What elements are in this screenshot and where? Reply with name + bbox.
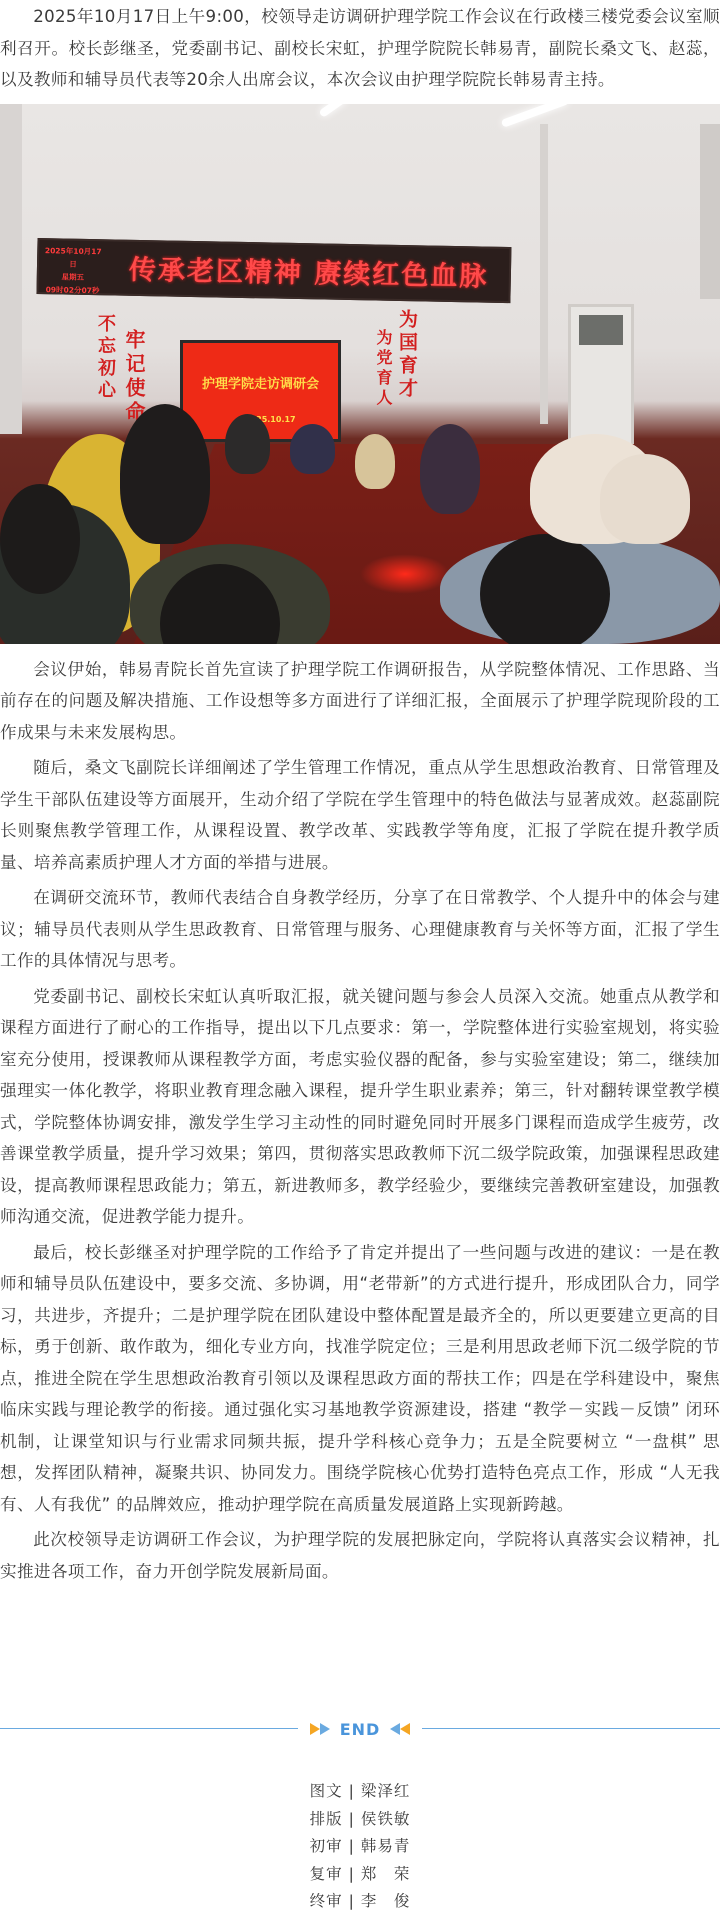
divider-line-right xyxy=(422,1728,720,1729)
arrow-right-icon xyxy=(310,1723,320,1735)
led-datetime: 2025年10月17日 星期五 09时02分07秒 xyxy=(42,244,103,297)
led-time: 09时02分07秒 xyxy=(42,283,102,297)
credit-name: 李 俊 xyxy=(361,1892,411,1910)
end-marker: END xyxy=(302,1716,418,1742)
credit-row-writer: 图文|梁泽红 xyxy=(0,1778,720,1806)
attendee xyxy=(0,484,80,594)
wall-slogan-right-1: 为党育人 xyxy=(372,329,395,409)
credit-role: 复审 xyxy=(310,1865,343,1883)
attendee xyxy=(600,454,690,544)
attendee xyxy=(290,424,335,474)
arrow-left-icon xyxy=(400,1723,410,1735)
ceiling-light xyxy=(318,104,347,118)
credit-role: 图文 xyxy=(310,1782,343,1800)
divider-line-left xyxy=(0,1728,298,1729)
wall-pipe xyxy=(540,124,548,424)
led-date: 2025年10月17日 xyxy=(43,244,103,271)
credit-row-second-review: 复审|郑 荣 xyxy=(0,1861,720,1889)
paragraph-song-hong: 党委副书记、副校长宋虹认真听取汇报，就关键问题与参会人员深入交流。她重点从教学和… xyxy=(0,981,720,1233)
credit-role: 初审 xyxy=(310,1837,343,1855)
credit-row-layout: 排版|侯铁敏 xyxy=(0,1806,720,1834)
credit-separator: | xyxy=(349,1806,355,1834)
wall-slogan-left-1: 不忘初心 xyxy=(92,314,118,402)
credit-row-first-review: 初审|韩易青 xyxy=(0,1833,720,1861)
credit-role: 终审 xyxy=(310,1892,343,1910)
credit-name: 梁泽红 xyxy=(361,1782,411,1800)
door-window xyxy=(579,315,623,345)
paragraph-opening: 会议伊始，韩易青院长首先宣读了护理学院工作调研报告，从学院整体情况、工作思路、当… xyxy=(0,654,720,749)
credit-separator: | xyxy=(349,1861,355,1889)
paragraph-intro: 2025年10月17日上午9:00，校领导走访调研护理学院工作会议在行政楼三楼党… xyxy=(0,0,720,96)
arrow-left-icon xyxy=(390,1723,400,1735)
led-banner-text: 传承老区精神 赓续红色血脉 xyxy=(129,247,489,293)
window-frame xyxy=(700,124,720,299)
attendee xyxy=(225,414,270,474)
credit-name: 侯铁敏 xyxy=(361,1810,411,1828)
end-divider: END xyxy=(0,1716,720,1746)
credit-separator: | xyxy=(349,1888,355,1912)
wall-pillar xyxy=(0,104,22,434)
screen-title: 护理学院走访调研会 xyxy=(183,373,338,392)
end-label: END xyxy=(340,1720,381,1739)
credit-name: 郑 荣 xyxy=(361,1865,411,1883)
wall-slogan-right-2: 为国育才 xyxy=(394,309,421,401)
paragraph-exchange: 在调研交流环节，教师代表结合自身教学经历，分享了在日常教学、个人提升中的体会与建… xyxy=(0,882,720,977)
credit-name: 韩易青 xyxy=(361,1837,411,1855)
attendee xyxy=(355,434,395,489)
credit-row-final-review: 终审|李 俊 xyxy=(0,1888,720,1912)
attendee xyxy=(420,424,480,514)
attendee xyxy=(120,404,210,544)
credit-separator: | xyxy=(349,1778,355,1806)
table-reflection xyxy=(360,554,450,594)
paragraph-vice-deans: 随后，桑文飞副院长详细阐述了学生管理工作情况，重点从学生思想政治教育、日常管理及… xyxy=(0,752,720,878)
arrow-right-icon xyxy=(320,1723,330,1735)
paragraph-president: 最后，校长彭继圣对护理学院的工作给予了肯定并提出了一些问题与改进的建议：一是在教… xyxy=(0,1237,720,1521)
ceiling-light xyxy=(501,104,570,128)
led-weekday: 星期五 xyxy=(43,270,103,284)
meeting-photo: 2025年10月17日 星期五 09时02分07秒 传承老区精神 赓续红色血脉 … xyxy=(0,104,720,644)
led-banner-board: 2025年10月17日 星期五 09时02分07秒 传承老区精神 赓续红色血脉 xyxy=(36,238,511,303)
article-body: 2025年10月17日上午9:00，校领导走访调研护理学院工作会议在行政楼三楼党… xyxy=(0,0,720,1587)
paragraph-closing: 此次校领导走访调研工作会议，为护理学院的发展把脉定向，学院将认真落实会议精神，扎… xyxy=(0,1524,720,1587)
credit-separator: | xyxy=(349,1833,355,1861)
credits: 图文|梁泽红 排版|侯铁敏 初审|韩易青 复审|郑 荣 终审|李 俊 xyxy=(0,1778,720,1912)
credit-role: 排版 xyxy=(310,1810,343,1828)
